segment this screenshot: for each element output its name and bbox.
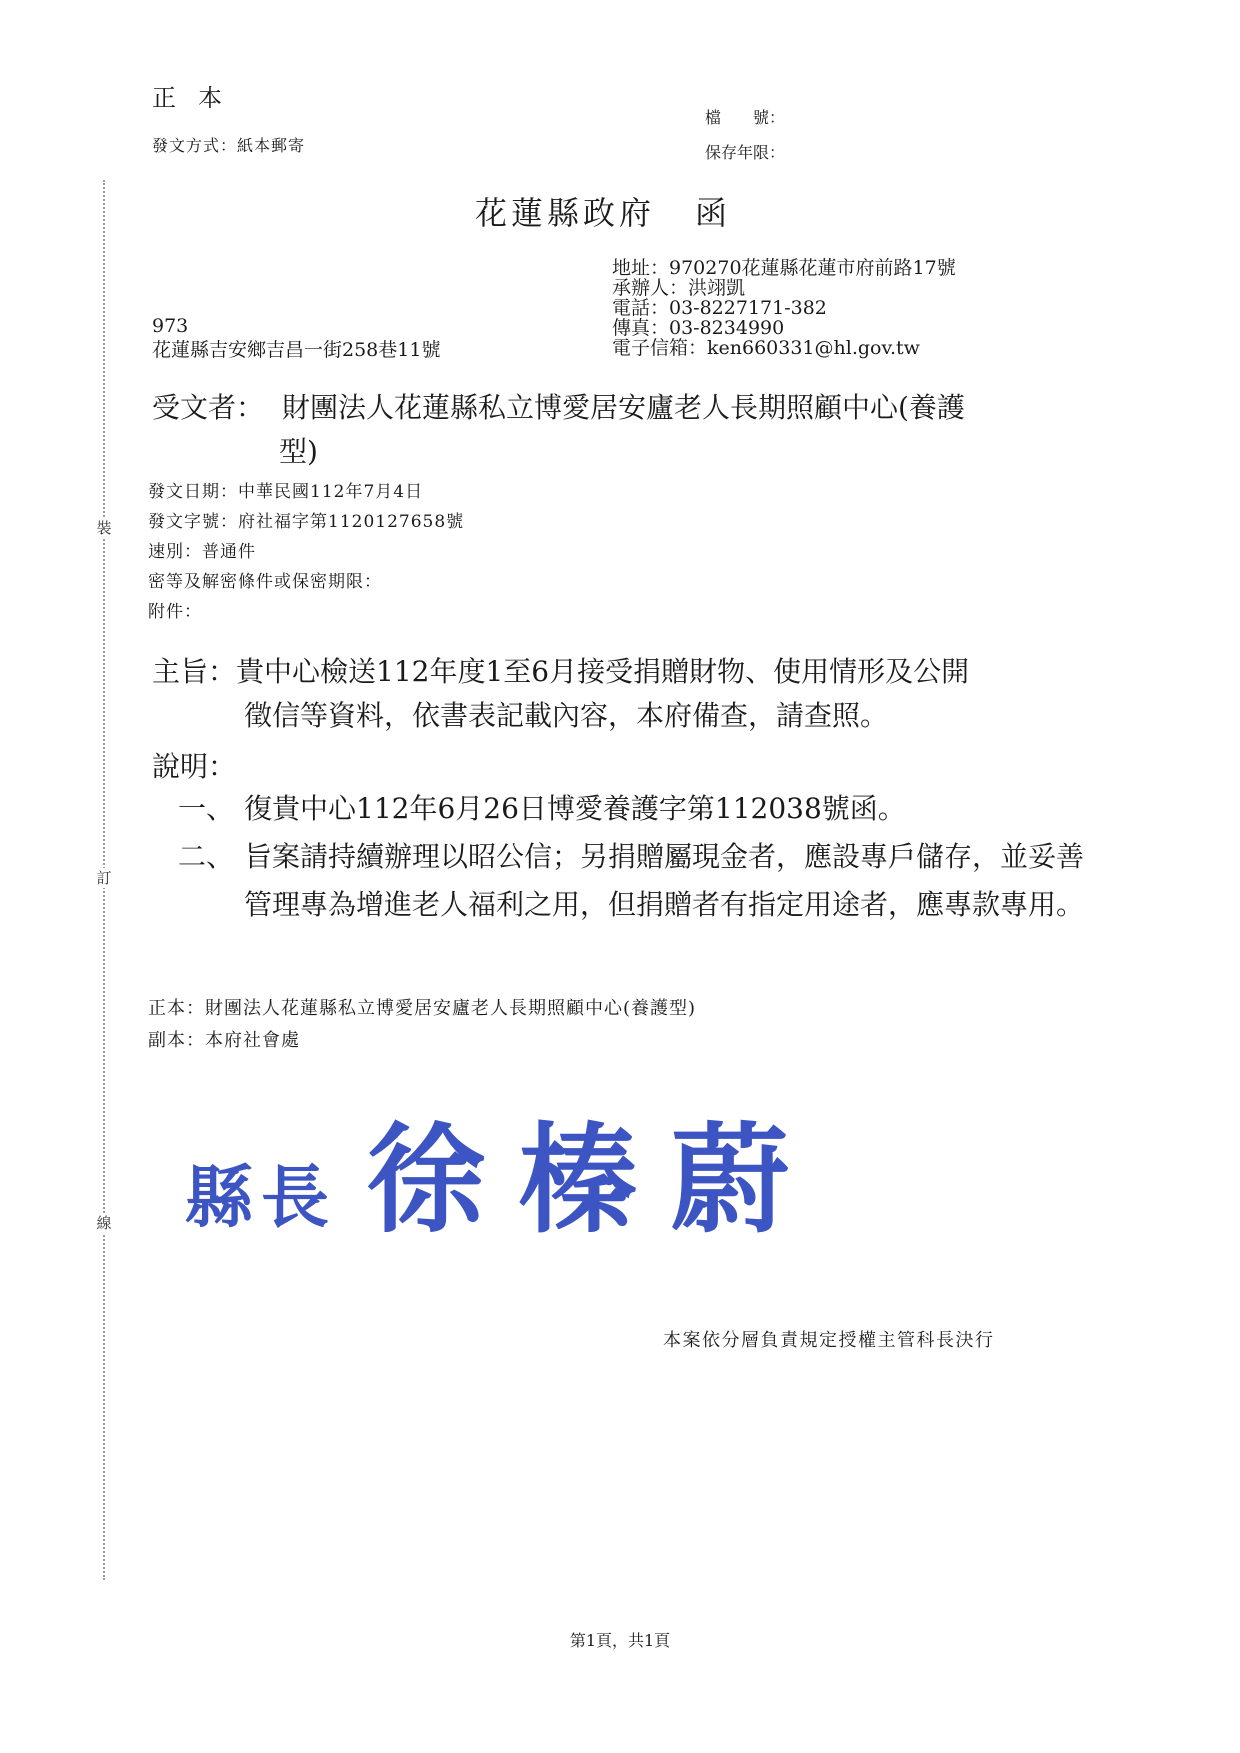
item-text: 旨案請持續辦理以昭公信；另捐贈屬現金者，應設專戶儲存，並妥善管理專為增進老人福利… xyxy=(244,833,1088,929)
recipient-street-address: 花蓮縣吉安鄉吉昌一街258巷11號 xyxy=(152,338,440,362)
recipient-name-line1: 財團法人花蓮縣私立博愛居安廬老人長期照顧中心(養護 xyxy=(282,391,965,424)
subject-line2: 徵信等資料，依書表記載內容，本府備查，請查照。 xyxy=(152,694,1092,738)
contact-email: 電子信箱：ken660331@hl.gov.tw xyxy=(612,338,956,358)
document-title: 花蓮縣政府函 xyxy=(475,188,731,234)
contact-handler: 承辦人：洪翊凱 xyxy=(612,278,956,298)
subject-label: 主旨： xyxy=(152,655,236,688)
binding-mark-zhuang: 裝 xyxy=(94,518,114,538)
item-number: 二、 xyxy=(178,833,244,929)
send-method: 發文方式：紙本郵寄 xyxy=(152,133,305,156)
archive-number-label: 檔 號： xyxy=(705,105,785,128)
original-recipient: 正本：財團法人花蓮縣私立博愛居安廬老人長期照顧中心(養護型) xyxy=(148,993,696,1025)
explanation-item: 一、 復貴中心112年6月26日博愛養護字第112038號函。 xyxy=(178,785,1088,833)
recipient-label: 受文者： xyxy=(152,386,282,430)
copy-type: 正本 xyxy=(152,78,244,113)
secrecy-level: 密等及解密條件或保密期限： xyxy=(148,567,464,597)
item-number: 一、 xyxy=(178,785,244,833)
copy-recipient: 副本：本府社會處 xyxy=(148,1025,696,1057)
binding-mark-xian: 線 xyxy=(94,1213,114,1233)
issue-date: 發文日期：中華民國112年7月4日 xyxy=(148,477,464,507)
retention-period-label: 保存年限： xyxy=(705,140,785,163)
item-text: 復貴中心112年6月26日博愛養護字第112038號函。 xyxy=(244,785,906,833)
attachments: 附件： xyxy=(148,597,464,627)
document-number: 發文字號：府社福字第1120127658號 xyxy=(148,507,464,537)
seal-title: 縣長 xyxy=(185,1159,337,1238)
delegation-note: 本案依分層負責規定授權主管科長決行 xyxy=(663,1326,995,1352)
contact-fax: 傳真：03-8234990 xyxy=(612,318,956,338)
delivery-speed: 速別：普通件 xyxy=(148,537,464,567)
subject-line1: 貴中心檢送112年度1至6月接受捐贈財物、使用情形及公開 xyxy=(236,655,969,688)
recipient-name-line2: 型) xyxy=(152,430,1082,474)
seal-name: 徐榛蔚 xyxy=(367,1111,823,1249)
recipient: 受文者：財團法人花蓮縣私立博愛居安廬老人長期照顧中心(養護 型) xyxy=(152,386,1082,474)
distribution-list: 正本：財團法人花蓮縣私立博愛居安廬老人長期照顧中心(養護型) 副本：本府社會處 xyxy=(148,993,696,1057)
explanation-items: 一、 復貴中心112年6月26日博愛養護字第112038號函。 二、 旨案請持續… xyxy=(178,785,1088,929)
contact-phone: 電話：03-8227171-382 xyxy=(612,298,956,318)
contact-block: 地址：970270花蓮縣花蓮市府前路17號 承辦人：洪翊凱 電話：03-8227… xyxy=(612,258,956,358)
agency-name: 花蓮縣政府 xyxy=(475,194,655,232)
binding-mark-ding: 訂 xyxy=(94,868,114,888)
subject: 主旨：貴中心檢送112年度1至6月接受捐贈財物、使用情形及公開 徵信等資料，依書… xyxy=(152,650,1092,738)
document-meta: 發文日期：中華民國112年7月4日 發文字號：府社福字第1120127658號 … xyxy=(148,477,464,627)
explanation-item: 二、 旨案請持續辦理以昭公信；另捐贈屬現金者，應設專戶儲存，並妥善管理專為增進老… xyxy=(178,833,1088,929)
explanation-label: 說明： xyxy=(152,745,236,785)
recipient-address-block: 973 花蓮縣吉安鄉吉昌一街258巷11號 xyxy=(152,314,440,362)
postal-code: 973 xyxy=(152,314,440,338)
contact-address: 地址：970270花蓮縣花蓮市府前路17號 xyxy=(612,258,956,278)
page-number: 第1頁，共1頁 xyxy=(0,1628,1240,1651)
magistrate-seal: 縣長徐榛蔚 xyxy=(185,1085,823,1255)
doc-type: 函 xyxy=(695,194,731,232)
